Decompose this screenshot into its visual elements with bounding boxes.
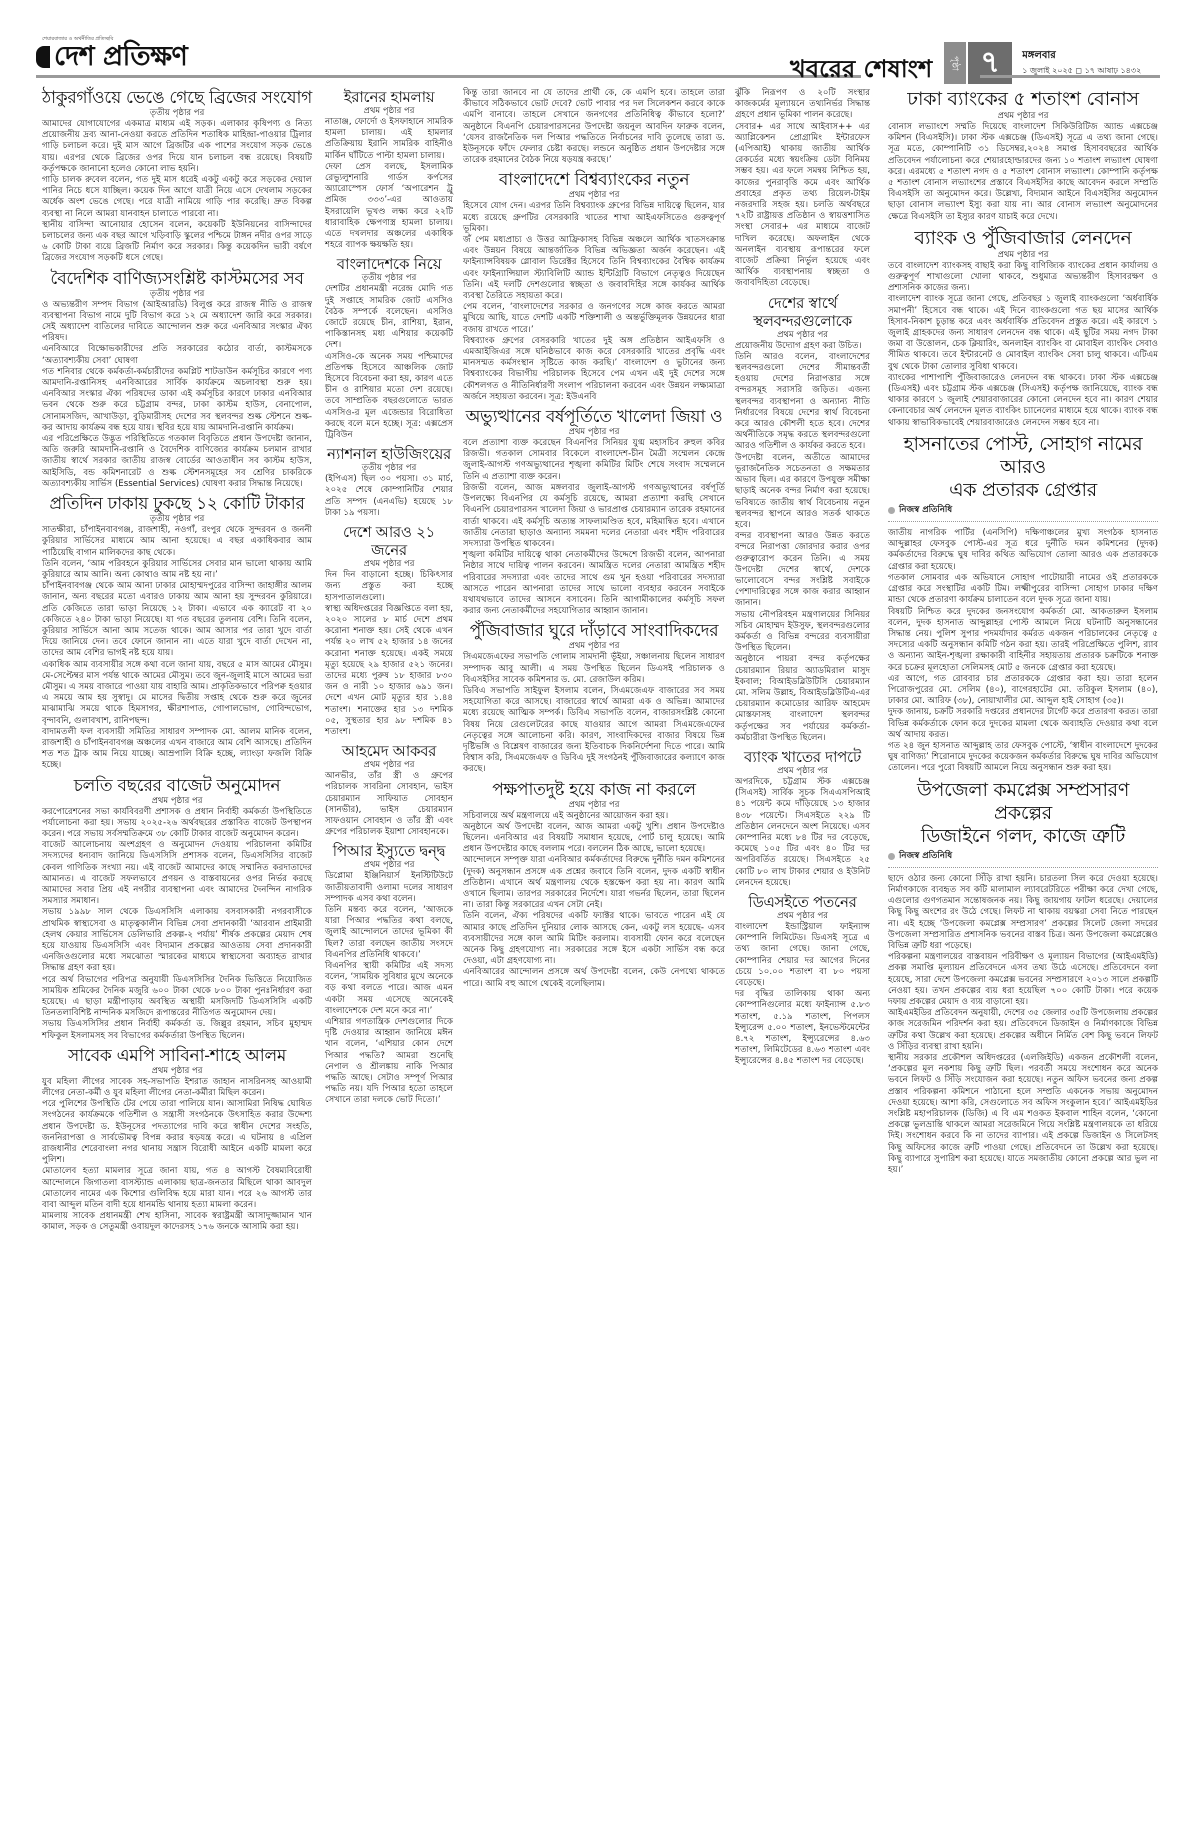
paragraph: সভায় নৌপরিবহন মন্ত্রণালয়ের সিনিয়র সচি…	[735, 610, 870, 655]
continuation-label: তৃতীয় পৃষ্ঠার পর	[42, 108, 312, 119]
paragraph: আমাদের যোগাযোগের একমাত্র মাধ্যম এই সড়ক।…	[42, 119, 312, 175]
article-dhaka-bank[interactable]: ঢাকা ব্যাংকের ৫ শতাংশ বোনাস প্রথম পৃষ্ঠা…	[888, 88, 1158, 223]
paragraph: একাধিক আম ব্যবসায়ীর সঙ্গে কথা বলে জানা …	[42, 660, 312, 727]
article-body: কিন্তু তারা জানবে না যে তাদের প্রার্থী ক…	[463, 88, 725, 166]
article-national-housing[interactable]: ন্যাশনাল হাউজিংয়ের তৃতীয় পৃষ্ঠার পর (ই…	[325, 445, 453, 519]
paragraph: এশিয়ার গণতান্ত্রিক দেশগুলোর দিকে দৃষ্টি…	[325, 1017, 453, 1107]
article-election-continued[interactable]: কিন্তু তারা জানবে না যে তাদের প্রার্থী ক…	[463, 88, 725, 166]
article-body: বোনাস লভ্যাংশে সম্মতি দিয়েছে বাংলাদেশ স…	[888, 122, 1158, 223]
paragraph: বন্দর ব্যবস্থাপনা আরও উন্নত করতে বন্দরে …	[735, 531, 870, 609]
paragraph: পেম বলেন, ‘বাংলাদেশের সরকার ও জনগণের সঙ্…	[463, 302, 725, 336]
paragraph: দুদক জানায়, চক্রটি সরকারি দপ্তরের প্রধা…	[888, 707, 1158, 741]
continuation-label: প্রথম পৃষ্ঠার পর	[325, 559, 453, 570]
headline: ঢাকা ব্যাংকের ৫ শতাংশ বোনাস	[888, 88, 1158, 111]
paragraph: অনুষ্ঠানে অর্থ উপদেষ্টা বলেন, আজ আমরা এক…	[463, 822, 725, 856]
continuation-label: প্রথম পৃষ্ঠার পর	[463, 427, 725, 438]
article-body: সাতক্ষীরা, চাঁপাইনবাবগঞ্জ, রাজশাহী, নওগা…	[42, 525, 312, 771]
paragraph: পরিকল্পনা মন্ত্রণালয়ের বাস্তবায়ন পরিবী…	[888, 952, 1158, 1008]
continuation-label: তৃতীয় পৃষ্ঠার পর	[42, 289, 312, 300]
headline: বাংলাদেশকে নিয়ে	[325, 255, 453, 273]
continuation-label: তৃতীয় পৃষ্ঠার পর	[42, 514, 312, 525]
article-body: হিসেবে যোগ দেন। এরপর তিনি বিশ্বব্যাংক গ্…	[463, 201, 725, 403]
headline-line: হাসনাতের পোস্ট, সোহাগ নামের আরও	[904, 433, 1143, 478]
paragraph: সভায় ডিএসসিসির প্রধান নির্বাহী কর্মকর্ত…	[42, 1019, 312, 1041]
paragraph: তিনি আরও বলেন, বাংলাদেশের স্থলবন্দরগুলো …	[735, 352, 870, 453]
continuation-label: প্রথম পৃষ্ঠার পর	[735, 911, 870, 922]
paragraph: পরে অর্থ বিভাগের পরিপত্র অনুযায়ী ডিএসসি…	[42, 975, 312, 1020]
article-covid[interactable]: দেশে আরও ২১ জনের প্রথম পৃষ্ঠার পর দিন দি…	[325, 523, 453, 738]
byline: নিজস্ব প্রতিনিধি	[888, 505, 1158, 522]
headline: উপজেলা কমপ্লেক্স সম্প্রসারণ প্রকল্পের ডি…	[888, 779, 1158, 848]
paragraph: বাদামতলী ফল ব্যবসায়ী সমিতির সাধারণ সম্প…	[42, 727, 312, 772]
masthead: শেয়ারবাজার ও অর্থনীতির প্রতিচ্ছবি দেশ প…	[0, 0, 1200, 82]
paragraph: কিন্তু তারা জানবে না যে তাদের প্রার্থী ক…	[463, 88, 725, 166]
column-4: ঝুঁকি নিরূপণ ও ২০টি সংস্থার কাজকর্মের মূ…	[735, 88, 870, 1072]
article-body: আমাদের যোগাযোগের একমাত্র মাধ্যম এই সড়ক।…	[42, 119, 312, 265]
paragraph: বিষয়টি নিশ্চিত করে দুদকের জনসংযোগ কর্মক…	[888, 607, 1158, 674]
continuation-label: প্রথম পৃষ্ঠার পর	[735, 766, 870, 777]
byline-text: নিজস্ব প্রতিনিধি	[899, 505, 952, 516]
page-label: পৃষ্ঠা	[944, 42, 966, 84]
header-rule	[36, 75, 528, 78]
article-body: করপোরেশনের সভা কার্যবিবরণী প্রশাসক ও প্র…	[42, 807, 312, 1042]
logo-text: দেশ প্রতিক্ষণ	[54, 42, 187, 72]
paragraph: বাংলাদেশ ব্যাংক সূত্রে জানা গেছে, প্রতিব…	[888, 294, 1158, 372]
paragraph: সচিবালয়ে অর্থ মন্ত্রণালয়ে এই অনুষ্ঠানে…	[463, 811, 725, 822]
paragraph: এনবিআরের আন্দোলন প্রসঙ্গে অর্থ উপদেষ্টা …	[463, 967, 725, 989]
paragraph: গতকাল সোমবার এক অভিযানে সোহাগ পাটোয়ারী …	[888, 573, 1158, 607]
headline-line: উপজেলা কমপ্লেক্স সম্প্রসারণ প্রকল্পের	[917, 779, 1129, 824]
paragraph: বলে প্রত্যাশা ব্যক্ত করেছেন বিএনপির সিনি…	[463, 438, 725, 483]
column-1: ঠাকুরগাঁওয়ে ভেঙে গেছে ব্রিজের সংযোগ তৃত…	[42, 88, 312, 1238]
paragraph: নাতাঞ্জ, ফোর্দো ও ইসফাহানে সামরিক হামলা …	[325, 117, 453, 162]
article-body: (ইপিএস) ছিল ৩০ পয়সা। ৩১ মার্চ, ২০২৫ শেষ…	[325, 474, 453, 519]
paragraph: চাঁপাইনবাবগঞ্জ থেকে আম আনা ঢাকার মোহাম্ম…	[42, 581, 312, 659]
paragraph: গাড়ি চালক রুবেল বলেন, গত দুই মাস ধরেই এ…	[42, 175, 312, 220]
paragraph: ও অভ্যন্তরীণ সম্পদ বিভাগ (আইআরডি) বিলুপ্…	[42, 300, 312, 345]
article-customs[interactable]: বৈদেশিক বাণিজ্যসংশ্লিষ্ট কাস্টমসের সব তৃ…	[42, 269, 312, 490]
continuation-label: প্রথম পৃষ্ঠার পর	[888, 111, 1158, 122]
headline: পুঁজিবাজার ঘুরে দাঁড়াবে সাংবাদিকদের	[463, 621, 725, 641]
continuation-label: প্রথম পৃষ্ঠার পর	[463, 190, 725, 201]
byline-text: নিজস্ব প্রতিনিধি	[899, 851, 952, 862]
paragraph: রিজভী বলেন, আজ মঙ্গলবার জুলাই-আগস্ট গণঅভ…	[463, 483, 725, 550]
headline: অভ্যুত্থানের বর্ষপূর্তিতে খালেদা জিয়া ও	[463, 407, 725, 427]
headline: হাসনাতের পোস্ট, সোহাগ নামের আরও এক প্রতা…	[888, 433, 1158, 502]
headline: ডিএসইতে পতনের	[735, 893, 870, 911]
paragraph: স্থানীয় সরকার প্রকৌশল অধিদপ্তরের (এলজিই…	[888, 1053, 1158, 1176]
date-box: মঙ্গলবার ১ জুলাই ২০২৫ ◻ ১৭ আষাঢ় ১৪৩২	[1022, 48, 1141, 84]
paragraph: (ইপিএস) ছিল ৩০ পয়সা। ৩১ মার্চ, ২০২৫ শেষ…	[325, 474, 453, 519]
paragraph: জঁ পেম মধ্যপ্রাচ্য ও উত্তর আফ্রিকাসহ বিভ…	[463, 235, 725, 302]
paragraph: এসসিও-কে অনেক সময় পশ্চিমাদের প্রতিপক্ষ …	[325, 352, 453, 442]
headline: পক্ষপাতদুষ্ট হয়ে কাজ না করলে	[463, 780, 725, 800]
paragraph: বোনাস লভ্যাংশে সম্মতি দিয়েছে বাংলাদেশ স…	[888, 122, 1158, 223]
paragraph: পরে পুলিশের উপস্থিতি টের পেয়ে তারা পালি…	[42, 1099, 312, 1166]
article-body: ডিপ্লোমা ইঞ্জিনিয়ার্স ইনস্টিটিউটে জাতীয…	[325, 871, 453, 1106]
article-body: আনভীর, তাঁর স্ত্রী ও গ্রুপের পরিচালক সাব…	[325, 771, 453, 838]
headline: বৈদেশিক বাণিজ্যসংশ্লিষ্ট কাস্টমসের সব	[42, 269, 312, 289]
paragraph: যুব মহিলা লীগের সাবেক সহ-সভাপতি ইশরাত জা…	[42, 1077, 312, 1099]
paragraph: ছাদে ওঠার জন্য কোনো সিঁড়ি রাখা হয়নি। চ…	[888, 874, 1158, 952]
paragraph: ঝুঁকি নিরূপণ ও ২০টি সংস্থার কাজকর্মের মূ…	[735, 88, 870, 122]
paragraph: দেশটির প্রধানমন্ত্রী নরেন্দ্র মোদি গত দু…	[325, 284, 453, 351]
article-body: সচিবালয়ে অর্থ মন্ত্রণালয়ে এই অনুষ্ঠানে…	[463, 811, 725, 990]
paragraph: মামলায় সাবেক প্রধানমন্ত্রী শেখ হাসিনা, …	[42, 1211, 312, 1233]
article-body: জাতীয় নাগরিক পার্টির (এনসিপি) দক্ষিণাঞ্…	[888, 528, 1158, 774]
article-body: দিন দিন বাড়ানো হচ্ছে। চিকিৎসার জন্য প্র…	[325, 570, 453, 738]
continuation-label: প্রথম পৃষ্ঠার পর	[325, 860, 453, 871]
paragraph: তিনি বলেন, ‘আম পরিবহনে কুরিয়ার সার্ভিসে…	[42, 559, 312, 581]
paragraph: দর বৃদ্ধির তালিকায় থাকা অন্য কোম্পানিগু…	[735, 989, 870, 1067]
headline: ব্যাংক ও পুঁজিবাজার লেনদেন	[888, 227, 1158, 250]
paragraph: এর আগে, গত রোববার চার প্রতারককে গ্রেপ্তা…	[888, 674, 1158, 708]
article-pr-issue[interactable]: পিআর ইস্যুতে দ্বন্দ্ব প্রথম পৃষ্ঠার পর ড…	[325, 842, 453, 1106]
article-worldbank[interactable]: বাংলাদেশে বিশ্বব্যাংকের নতুন প্রথম পৃষ্ঠ…	[463, 170, 725, 403]
headline: চলতি বছরের বাজেট অনুমোদন	[42, 776, 312, 796]
paragraph: অনুষ্ঠানে পায়রা বন্দর কর্তৃপক্ষের চেয়া…	[735, 654, 870, 744]
article-body: ও অভ্যন্তরীণ সম্পদ বিভাগ (আইআরডি) বিলুপ্…	[42, 300, 312, 490]
paragraph: শৃঙ্খলা কমিটির দায়িত্বে থাকা নেতাকর্মীদ…	[463, 550, 725, 617]
paragraph: বিশ্বব্যাংক গ্রুপের বেসরকারি খাতের দুই অ…	[463, 336, 725, 403]
headline: দেশে আরও ২১ জনের	[325, 523, 453, 559]
continuation-label: প্রথম পৃষ্ঠার পর	[42, 796, 312, 807]
paragraph: সিএমজেএফের সভাপতি গোলাম সামদানী ভূঁইয়া,…	[463, 652, 725, 686]
paragraph: বাজেট আলোচনায় অংশগ্রহণ ও অনুমোদন দেওয়া…	[42, 840, 312, 907]
byline: নিজস্ব প্রতিনিধি	[888, 851, 1158, 868]
continuation-label: প্রথম পৃষ্ঠার পর	[463, 641, 725, 652]
article-servers-continued[interactable]: ঝুঁকি নিরূপণ ও ২০টি সংস্থার কাজকর্মের মূ…	[735, 88, 870, 290]
column-5: ঢাকা ব্যাংকের ৫ শতাংশ বোনাস প্রথম পৃষ্ঠা…	[888, 88, 1158, 1180]
headline: দেশের স্বার্থে স্থলবন্দরগুলোকে	[735, 294, 870, 330]
paragraph: স্বাস্থ্য অধিদপ্তরের বিজ্ঞপ্তিতে বলা হয়…	[325, 604, 453, 738]
article-body: ঝুঁকি নিরূপণ ও ২০টি সংস্থার কাজকর্মের মূ…	[735, 88, 870, 290]
article-body: দেশটির প্রধানমন্ত্রী নরেন্দ্র মোদি গত দু…	[325, 284, 453, 441]
paragraph: উপদেষ্টা বলেন, অতীতে আমাদের ভূরাজনৈতিক স…	[735, 453, 870, 531]
headline: আহমেদ আকবর	[325, 742, 453, 760]
paragraph: আনভীর, তাঁর স্ত্রী ও গ্রুপের পরিচালক সাব…	[325, 771, 453, 838]
continuation-label: তৃতীয় পৃষ্ঠার পর	[325, 273, 453, 284]
continuation-label: প্রথম পৃষ্ঠার পর	[325, 106, 453, 117]
paragraph: করপোরেশনের সভা কার্যবিবরণী প্রশাসক ও প্র…	[42, 807, 312, 841]
article-bias[interactable]: পক্ষপাতদুষ্ট হয়ে কাজ না করলে প্রথম পৃষ্…	[463, 780, 725, 990]
paragraph: বিএনপির স্থায়ী কমিটির এই সদস্য বলেন, ‘স…	[325, 961, 453, 1017]
paragraph: আইএমইডির প্রতিবেদন অনুযায়ী, দেশের ৩৫ জে…	[888, 1008, 1158, 1053]
article-sabina[interactable]: সাবেক এমপি সাবিনা-শাহে আলম প্রথম পৃষ্ঠার…	[42, 1046, 312, 1234]
headline: সাবেক এমপি সাবিনা-শাহে আলম	[42, 1046, 312, 1066]
headline-line: ডিজাইনে গলদ, কাজে ত্রুটি	[921, 825, 1125, 847]
article-hasnat[interactable]: হাসনাতের পোস্ট, সোহাগ নামের আরও এক প্রতা…	[888, 433, 1158, 775]
paragraph: বাংলাদেশ ইন্ডাস্ট্রিয়াল ফাইন্যান্স কোম্…	[735, 922, 870, 989]
article-khaleda[interactable]: অভ্যুত্থানের বর্ষপূর্তিতে খালেদা জিয়া ও…	[463, 407, 725, 617]
continuation-label: প্রথম পৃষ্ঠার পর	[888, 250, 1158, 261]
paragraph: তবে বাংলাদেশ ব্যাংকসহ বাছাই করা কিছু বাণ…	[888, 261, 1158, 295]
article-capital-market[interactable]: পুঁজিবাজার ঘুরে দাঁড়াবে সাংবাদিকদের প্র…	[463, 621, 725, 775]
paragraph: সেবার+ এর সাথে আইবাস++ এর অ্যাপ্লিকেশন প…	[735, 122, 870, 290]
bullet-icon	[888, 853, 895, 860]
headline: ইরানের হামলায়	[325, 88, 453, 106]
article-dse-fall[interactable]: ডিএসইতে পতনের প্রথম পৃষ্ঠার পর বাংলাদেশ …	[735, 893, 870, 1068]
continuation-label: তৃতীয় পৃষ্ঠার পর	[325, 463, 453, 474]
continuation-label: প্রথম পৃষ্ঠার পর	[463, 800, 725, 811]
headline: পিআর ইস্যুতে দ্বন্দ্ব	[325, 842, 453, 860]
paragraph: অপরদিকে, চট্টগ্রাম স্টক এক্সচেঞ্জ (সিএসই…	[735, 777, 870, 889]
continuation-label: প্রথম পৃষ্ঠার পর	[735, 330, 870, 341]
paragraph: এনবিআরে বিক্ষোভকারীদের প্রতি সরকারের কঠো…	[42, 344, 312, 366]
article-thakurgaon[interactable]: ঠাকুরগাঁওয়ে ভেঙে গেছে ব্রিজের সংযোগ তৃত…	[42, 88, 312, 265]
paragraph: গত ২৪ জুন হাসনাত আব্দুল্লাহ তার ফেসবুক প…	[888, 741, 1158, 775]
article-upazila[interactable]: উপজেলা কমপ্লেক্স সম্প্রসারণ প্রকল্পের ডি…	[888, 779, 1158, 1177]
paragraph: সভায় ১৯৯৮ সাল থেকে ডিএসসিসি এলাকায় বসব…	[42, 907, 312, 974]
article-mango[interactable]: প্রতিদিন ঢাকায় ঢুকছে ১২ কোটি টাকার তৃতী…	[42, 494, 312, 771]
article-ahmed-akbar[interactable]: আহমেদ আকবর প্রথম পৃষ্ঠার পর আনভীর, তাঁর …	[325, 742, 453, 838]
paragraph: ডিবিএ সভাপতি সাইফুল ইসলাম বলেন, সিএমজেএফ…	[463, 686, 725, 776]
headline-line: এক প্রতারক গ্রেপ্তার	[949, 479, 1097, 501]
article-body: প্রয়োজনীয় উদ্যোগ গ্রহণ করা উচিত। তিনি …	[735, 341, 870, 744]
article-body: অপরদিকে, চট্টগ্রাম স্টক এক্সচেঞ্জ (সিএসই…	[735, 777, 870, 889]
headline: বাংলাদেশে বিশ্বব্যাংকের নতুন	[463, 170, 725, 190]
article-body: সিএমজেএফের সভাপতি গোলাম সামদানী ভূঁইয়া,…	[463, 652, 725, 775]
paragraph: মোতালেব হত্যা মামলার সূত্রে জানা যায়, গ…	[42, 1166, 312, 1211]
article-bank-transactions[interactable]: ব্যাংক ও পুঁজিবাজার লেনদেন প্রথম পৃষ্ঠার…	[888, 227, 1158, 429]
paragraph: তিনি বলেন, ঐক্য পরিষদের একটি ফ্যাক্টর থা…	[463, 911, 725, 967]
headline: ব্যাংক খাতের দাপটে	[735, 748, 870, 766]
article-iran[interactable]: ইরানের হামলায় প্রথম পৃষ্ঠার পর নাতাঞ্জ,…	[325, 88, 453, 251]
paragraph: দেফা প্রেস বলছে, ইসলামিক রেভ্যুলুশনারি গ…	[325, 162, 453, 252]
column-2: ইরানের হামলায় প্রথম পৃষ্ঠার পর নাতাঞ্জ,…	[325, 88, 453, 1111]
paragraph: আন্দোলনে সম্পৃক্ত যারা এনবিআর কর্মকর্তাদ…	[463, 855, 725, 911]
continuation-label: প্রথম পৃষ্ঠার পর	[325, 760, 453, 771]
column-3: কিন্তু তারা জানবে না যে তাদের প্রার্থী ক…	[463, 88, 725, 994]
paragraph: জাতীয় নাগরিক পার্টির (এনসিপি) দক্ষিণাঞ্…	[888, 528, 1158, 573]
continuation-label: প্রথম পৃষ্ঠার পর	[42, 1066, 312, 1077]
headline: ঠাকুরগাঁওয়ে ভেঙে গেছে ব্রিজের সংযোগ	[42, 88, 312, 108]
article-body: বলে প্রত্যাশা ব্যক্ত করেছেন বিএনপির সিনি…	[463, 438, 725, 617]
article-body: বাংলাদেশ ইন্ডাস্ট্রিয়াল ফাইন্যান্স কোম্…	[735, 922, 870, 1068]
section-title: খবরের শেষাংশ	[790, 54, 932, 84]
article-body: তবে বাংলাদেশ ব্যাংকসহ বাছাই করা কিছু বাণ…	[888, 261, 1158, 429]
paragraph: গত শনিবার থেকে কর্মকর্তা-কর্মচারীদের কমপ…	[42, 367, 312, 434]
paragraph: স্থানীয় বাসিন্দা আনোয়ার হোসেন বলেন, কয…	[42, 220, 312, 265]
newspaper-logo[interactable]: দেশ প্রতিক্ষণ	[36, 42, 187, 72]
newspaper-brand: শেয়ারবাজার ও অর্থনীতির প্রতিচ্ছবি দেশ প…	[36, 36, 187, 72]
paragraph: সাতক্ষীরা, চাঁপাইনবাবগঞ্জ, রাজশাহী, নওগা…	[42, 525, 312, 559]
weekday: মঙ্গলবার	[1022, 48, 1141, 65]
article-bank-sector[interactable]: ব্যাংক খাতের দাপটে প্রথম পৃষ্ঠার পর অপরদ…	[735, 748, 870, 889]
logo-emblem-icon	[36, 46, 50, 68]
paragraph: হিসেবে যোগ দেন। এরপর তিনি বিশ্বব্যাংক গ্…	[463, 201, 725, 235]
paragraph: ডিপ্লোমা ইঞ্জিনিয়ার্স ইনস্টিটিউটে জাতীয…	[325, 871, 453, 905]
article-bangladesh-support[interactable]: বাংলাদেশকে নিয়ে তৃতীয় পৃষ্ঠার পর দেশটি…	[325, 255, 453, 441]
article-body: ছাদে ওঠার জন্য কোনো সিঁড়ি রাখা হয়নি। চ…	[888, 874, 1158, 1176]
article-land-ports[interactable]: দেশের স্বার্থে স্থলবন্দরগুলোকে প্রথম পৃষ…	[735, 294, 870, 744]
paragraph: প্রয়োজনীয় উদ্যোগ গ্রহণ করা উচিত।	[735, 341, 870, 352]
article-body: নাতাঞ্জ, ফোর্দো ও ইসফাহানে সামরিক হামলা …	[325, 117, 453, 251]
headline: ন্যাশনাল হাউজিংয়ের	[325, 445, 453, 463]
bullet-icon	[888, 507, 895, 514]
paragraph: তিনি মন্তব্য করে বলেন, ‘আজকে যারা পিআর প…	[325, 905, 453, 961]
headline: প্রতিদিন ঢাকায় ঢুকছে ১২ কোটি টাকার	[42, 494, 312, 514]
header-rule	[980, 75, 1160, 78]
paragraph: দিন দিন বাড়ানো হচ্ছে। চিকিৎসার জন্য প্র…	[325, 570, 453, 604]
paragraph: এর পরিপ্রেক্ষিতে উদ্ভূত পরিস্থিতিতে গতকা…	[42, 434, 312, 490]
paragraph: ব্যাংকের পাশাপাশি পুঁজিবাজারেও লেনদেন বন…	[888, 373, 1158, 429]
article-body: যুব মহিলা লীগের সাবেক সহ-সভাপতি ইশরাত জা…	[42, 1077, 312, 1234]
article-budget[interactable]: চলতি বছরের বাজেট অনুমোদন প্রথম পৃষ্ঠার প…	[42, 776, 312, 1042]
